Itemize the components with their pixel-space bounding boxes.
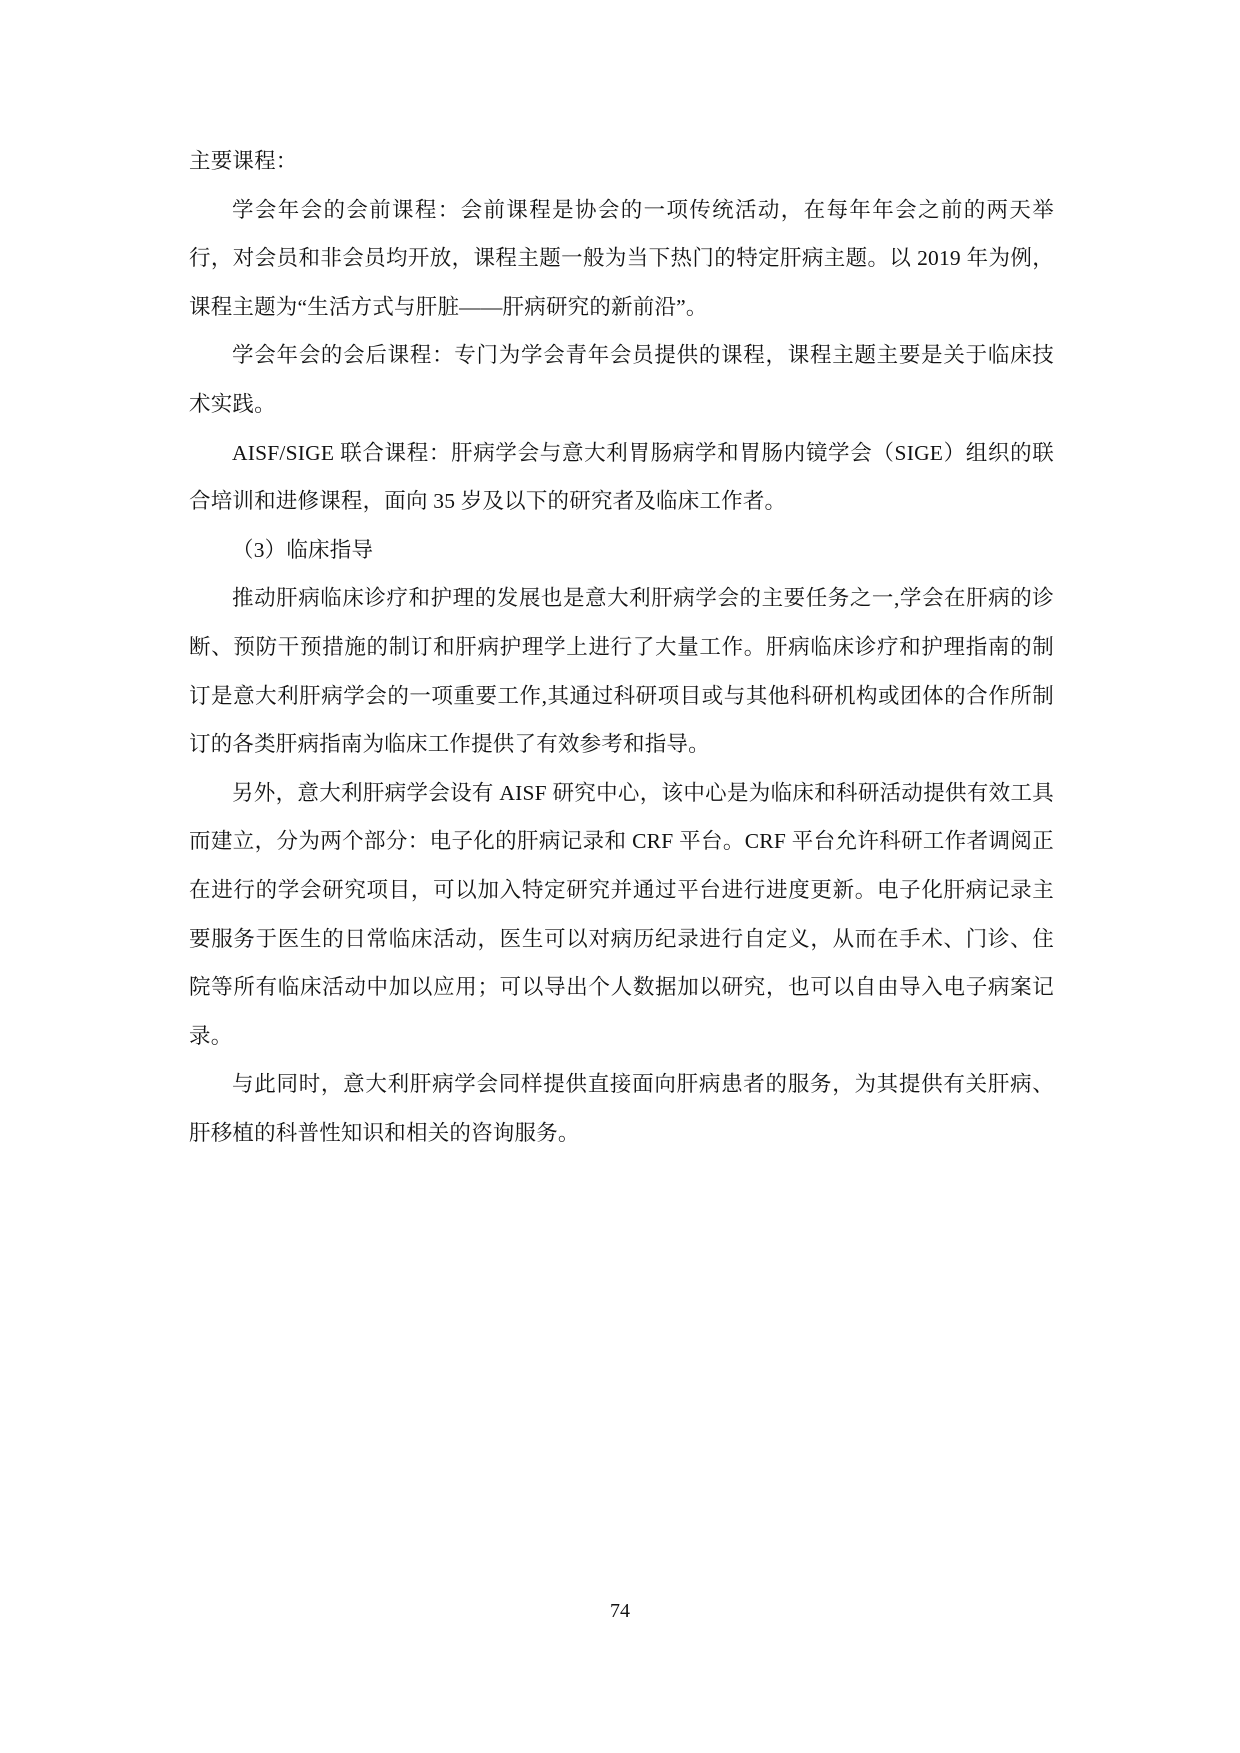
para-pre-congress-course: 学会年会的会前课程：会前课程是协会的一项传统活动，在每年年会之前的两天举行，对会…: [189, 186, 1054, 332]
para-aisf-sige-course: AISF/SIGE 联合课程：肝病学会与意大利胃肠病学和胃肠内镜学会（SIGE）…: [189, 429, 1054, 526]
para-clinical-guidance-heading: （3）临床指导: [189, 526, 1054, 575]
document-page: 主要课程： 学会年会的会前课程：会前课程是协会的一项传统活动，在每年年会之前的两…: [0, 0, 1240, 1753]
para-main-courses-heading: 主要课程：: [189, 137, 1054, 186]
page-number: 74: [610, 1600, 630, 1622]
document-body: 主要课程： 学会年会的会前课程：会前课程是协会的一项传统活动，在每年年会之前的两…: [189, 137, 1054, 1157]
para-clinical-guidance-body: 推动肝病临床诊疗和护理的发展也是意大利肝病学会的主要任务之一,学会在肝病的诊断、…: [189, 574, 1054, 768]
para-post-congress-course: 学会年会的会后课程：专门为学会青年会员提供的课程，课程主题主要是关于临床技术实践…: [189, 331, 1054, 428]
para-patient-services: 与此同时，意大利肝病学会同样提供直接面向肝病患者的服务，为其提供有关肝病、肝移植…: [189, 1060, 1054, 1157]
page-footer: 74: [0, 1598, 1240, 1624]
para-aisf-research-center: 另外，意大利肝病学会设有 AISF 研究中心，该中心是为临床和科研活动提供有效工…: [189, 769, 1054, 1061]
